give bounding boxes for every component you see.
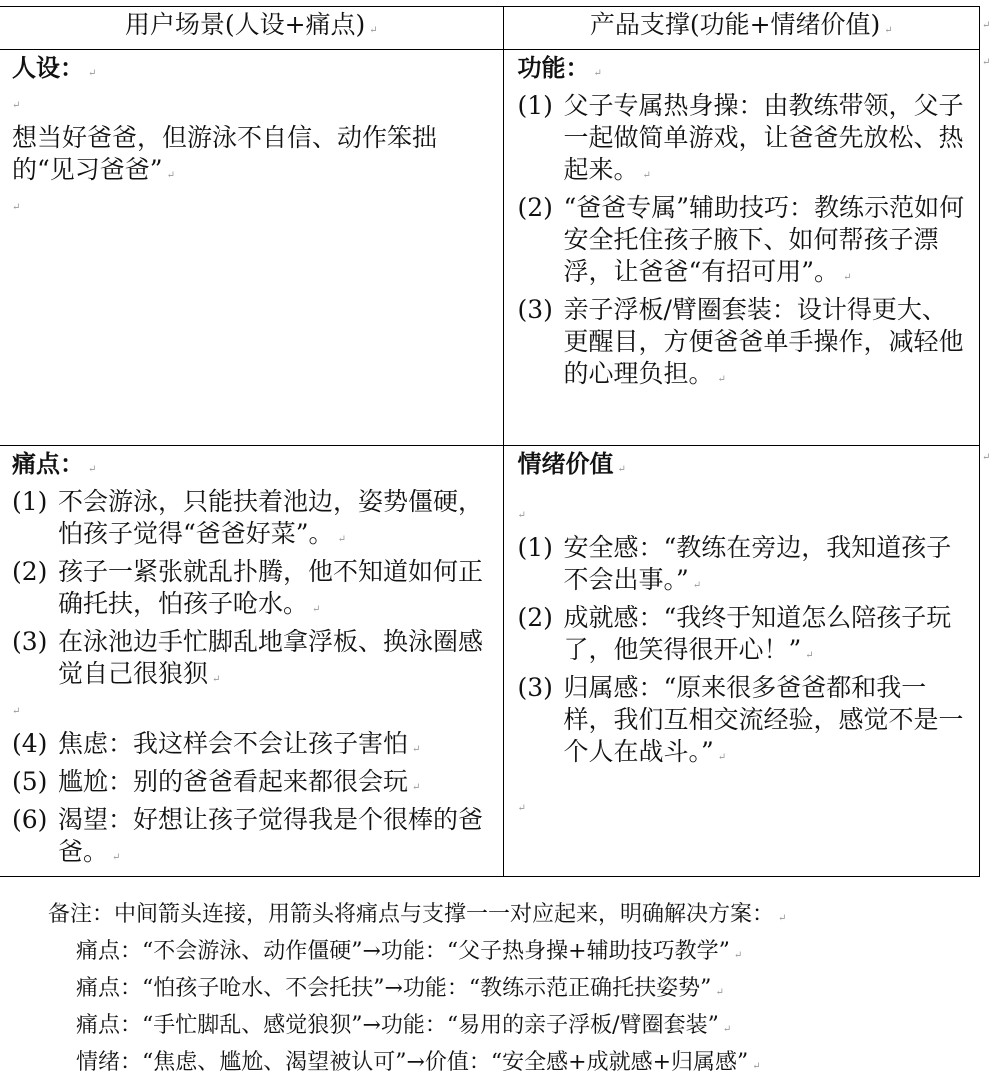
pain-point-item: (3)在泳池边手忙脚乱地拿浮板、换泳圈感觉自己很狼狈↵	[12, 626, 493, 696]
empty-paragraph: ↵	[53, 890, 61, 923]
scenario-support-table: 用户场景(人设+痛点)↵ 产品支撑(功能+情绪价值)↵ 人设：↵ ↵ 想当好爸爸…	[0, 6, 980, 877]
persona-title: 人设：	[12, 54, 84, 82]
emotion-item: (6)渴望：好想让孩子觉得我是个很棒的爸爸。↵	[12, 804, 493, 874]
emotion-item: (5)尴尬：别的爸爸看起来都很会玩↵	[12, 766, 493, 804]
notes-line: 痛点：“手忙脚乱、感觉狼狈”→功能：“易用的亲子浮板/臂圈套装”↵	[48, 1009, 786, 1046]
notes-line: 痛点：“不会游泳、动作僵硬”→功能：“父子热身操+辅助技巧教学”↵	[48, 935, 786, 972]
notes-section: ↵ 备注：中间箭头连接，用箭头将痛点与支撑一一对应起来，明确解决方案：↵ 痛点：…	[48, 898, 786, 1083]
header-user-scenario: 用户场景(人设+痛点)↵	[0, 7, 503, 50]
emotional-value-item: (2)成就感：“我终于知道怎么陪孩子玩了，他笑得很开心！”↵	[518, 602, 970, 672]
notes-intro: 备注：中间箭头连接，用箭头将痛点与支撑一一对应起来，明确解决方案：↵	[48, 898, 786, 935]
empty-paragraph: ↵	[12, 192, 493, 224]
pain-points-title: 痛点：	[12, 450, 84, 478]
emotional-value-item: (1)安全感：“教练在旁边，我知道孩子不会出事。”↵	[518, 532, 970, 602]
emotion-item: (4)焦虑：我这样会不会让孩子害怕↵	[12, 728, 493, 766]
emotional-value-item: (3)归属感：“原来很多爸爸都和我一样，我们互相交流经验，感觉不是一个人在战斗。…	[518, 672, 970, 774]
features-cell: 功能：↵ (1)父子专属热身操：由教练带领，父子一起做简单游戏，让爸爸先放松、热…	[503, 50, 980, 446]
emotional-value-cell: 情绪价值↵ ↵ (1)安全感：“教练在旁边，我知道孩子不会出事。”↵ (2)成就…	[503, 446, 980, 877]
persona-text: 想当好爸爸，但游泳不自信、动作笨拙的“见习爸爸”↵	[12, 122, 493, 192]
row-end-mark: ↵	[982, 452, 990, 463]
pain-points-cell: 痛点：↵ (1)不会游泳，只能扶着池边，姿势僵硬，怕孩子觉得“爸爸好菜”。↵ (…	[0, 446, 503, 877]
empty-paragraph: ↵	[518, 486, 970, 532]
features-title: 功能：	[518, 54, 590, 82]
notes-line: 情绪：“焦虑、尴尬、渴望被认可”→价值：“安全感+成就感+归属感”↵	[48, 1046, 786, 1083]
feature-item: (3)亲子浮板/臂圈套装：设计得更大、更醒目，方便爸爸单手操作，减轻他的心理负担…	[518, 294, 970, 396]
empty-paragraph: ↵	[12, 90, 493, 122]
empty-paragraph: ↵	[12, 696, 493, 728]
empty-paragraph: ↵	[518, 774, 970, 834]
header-product-support: 产品支撑(功能+情绪价值)↵	[503, 7, 980, 50]
persona-cell: 人设：↵ ↵ 想当好爸爸，但游泳不自信、动作笨拙的“见习爸爸”↵ ↵	[0, 50, 503, 446]
feature-item: (2)“爸爸专属”辅助技巧：教练示范如何安全托住孩子腋下、如何帮孩子漂浮，让爸爸…	[518, 192, 970, 294]
table-row: 痛点：↵ (1)不会游泳，只能扶着池边，姿势僵硬，怕孩子觉得“爸爸好菜”。↵ (…	[0, 446, 980, 877]
table-header-row: 用户场景(人设+痛点)↵ 产品支撑(功能+情绪价值)↵	[0, 7, 980, 50]
row-end-mark: ↵	[982, 20, 990, 31]
pain-point-item: (2)孩子一紧张就乱扑腾，他不知道如何正确托扶，怕孩子呛水。↵	[12, 556, 493, 626]
table-row: 人设：↵ ↵ 想当好爸爸，但游泳不自信、动作笨拙的“见习爸爸”↵ ↵ 功能：↵ …	[0, 50, 980, 446]
pain-point-item: (1)不会游泳，只能扶着池边，姿势僵硬，怕孩子觉得“爸爸好菜”。↵	[12, 486, 493, 556]
row-end-mark: ↵	[982, 57, 990, 68]
feature-item: (1)父子专属热身操：由教练带领，父子一起做简单游戏，让爸爸先放松、热起来。↵	[518, 90, 970, 192]
notes-line: 痛点：“怕孩子呛水、不会托扶”→功能：“教练示范正确托扶姿势”↵	[48, 972, 786, 1009]
emotional-value-title: 情绪价值	[518, 450, 614, 478]
